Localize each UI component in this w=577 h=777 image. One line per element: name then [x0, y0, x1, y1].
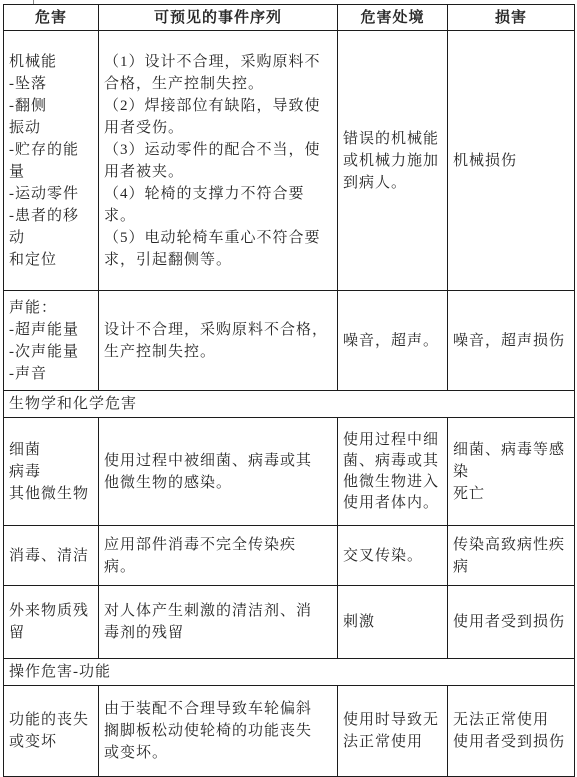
cell-hazardous-situation: 交叉传染。: [338, 526, 448, 586]
cell-harm: 细菌、病毒等感 染 死亡: [448, 418, 575, 526]
section-label: 操作危害-功能: [4, 659, 575, 686]
cell-hazardous-situation: 错误的机械能 或机械力施加 到病人。: [338, 31, 448, 291]
cell-hazardous-situation: 刺激: [338, 586, 448, 659]
cell-hazard: 声能： -超声能量 -次声能量 -声音: [4, 291, 99, 391]
risk-analysis-table: 危害 可预见的事件序列 危害处境 损害 机械能 -坠落 -翻侧 振动 -贮存的能…: [3, 4, 575, 777]
column-header-harm: 损害: [448, 5, 575, 31]
column-header-hazardous-situation: 危害处境: [338, 5, 448, 31]
cell-harm: 噪音，超声损伤: [448, 291, 575, 391]
cell-hazardous-situation: 噪音，超声。: [338, 291, 448, 391]
column-header-event-sequence: 可预见的事件序列: [99, 5, 338, 31]
table-row-acoustic-energy: 声能： -超声能量 -次声能量 -声音 设计不合理，采购原料不合格， 生产控制失…: [4, 291, 575, 391]
column-header-hazard: 危害: [4, 5, 99, 31]
cell-harm: 传染高致病性疾 病: [448, 526, 575, 586]
table-row-foreign-residue: 外来物质残 留 对人体产生刺激的清洁剂、消 毒剂的残留 刺激 使用者受到损伤: [4, 586, 575, 659]
section-label: 生物学和化学危害: [4, 391, 575, 418]
cell-event-sequence: （1）设计不合理，采购原料不 合格，生产控制失控。 （2）焊接部位有缺陷，导致使…: [99, 31, 338, 291]
cell-hazardous-situation: 使用时导致无 法正常使用: [338, 686, 448, 777]
cell-hazardous-situation: 使用过程中细 菌、病毒或其 他微生物进入 使用者体内。: [338, 418, 448, 526]
cell-event-sequence: 对人体产生刺激的清洁剂、消 毒剂的残留: [99, 586, 338, 659]
cell-harm: 机械损伤: [448, 31, 575, 291]
table-header-row: 危害 可预见的事件序列 危害处境 损害: [4, 5, 575, 31]
cell-harm: 使用者受到损伤: [448, 586, 575, 659]
section-row-bio-chemical: 生物学和化学危害: [4, 391, 575, 418]
cell-hazard: 细菌 病毒 其他微生物: [4, 418, 99, 526]
table-row-mechanical-energy: 机械能 -坠落 -翻侧 振动 -贮存的能量 -运动零件 -患者的移动 和定位 （…: [4, 31, 575, 291]
cell-event-sequence: 由于装配不合理导致车轮偏斜 搁脚板松动使轮椅的功能丧失 或变坏。: [99, 686, 338, 777]
cell-hazard: 功能的丧失 或变坏: [4, 686, 99, 777]
section-row-operational-function: 操作危害-功能: [4, 659, 575, 686]
cell-harm: 无法正常使用 使用者受到损伤: [448, 686, 575, 777]
cell-event-sequence: 使用过程中被细菌、病毒或其 他微生物的感染。: [99, 418, 338, 526]
cell-hazard: 外来物质残 留: [4, 586, 99, 659]
cell-event-sequence: 设计不合理，采购原料不合格， 生产控制失控。: [99, 291, 338, 391]
cell-event-sequence: 应用部件消毒不完全传染疾 病。: [99, 526, 338, 586]
table-row-disinfection-cleaning: 消毒、清洁 应用部件消毒不完全传染疾 病。 交叉传染。 传染高致病性疾 病: [4, 526, 575, 586]
cell-hazard: 消毒、清洁: [4, 526, 99, 586]
cell-hazard: 机械能 -坠落 -翻侧 振动 -贮存的能量 -运动零件 -患者的移动 和定位: [4, 31, 99, 291]
table-row-loss-of-function: 功能的丧失 或变坏 由于装配不合理导致车轮偏斜 搁脚板松动使轮椅的功能丧失 或变…: [4, 686, 575, 777]
table-row-microorganisms: 细菌 病毒 其他微生物 使用过程中被细菌、病毒或其 他微生物的感染。 使用过程中…: [4, 418, 575, 526]
